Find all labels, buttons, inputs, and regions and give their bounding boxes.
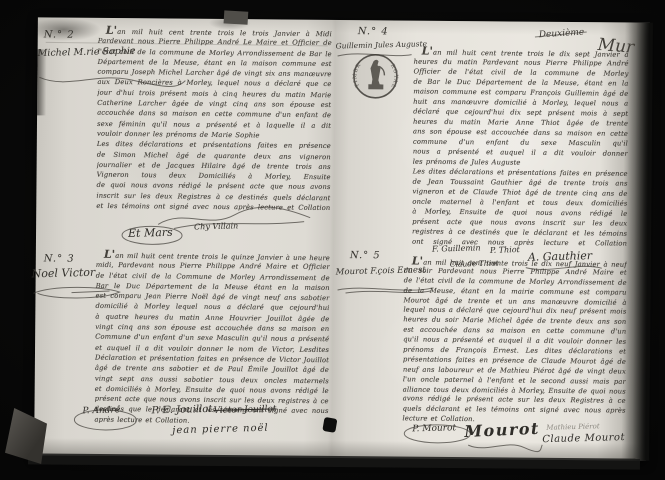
- record-4-body: L'an mil huit cent trente trois le dix s…: [412, 47, 629, 249]
- signature-f-guillemin: F. Guillemin: [432, 243, 481, 253]
- signature-oval-flourish: [402, 423, 472, 446]
- register-pages: N.° 2 Michel M.rie Sophie L'an mil huit …: [34, 17, 650, 460]
- record-number: N.° 4: [358, 26, 427, 38]
- signature-mathieu-pierot: Mathieu Piérot: [546, 422, 599, 431]
- record-margin-name: Noel Victor: [32, 266, 96, 281]
- record-3-margin: N.° 3 Noel Victor: [44, 253, 96, 279]
- page-left: N.° 2 Michel M.rie Sophie L'an mil huit …: [34, 17, 334, 458]
- timbre-royal-stamp: TIMBRE ROYAL: [351, 52, 399, 100]
- signature-underline-flourish: [466, 439, 544, 454]
- signature-p-thiot: P. Thiot: [490, 245, 520, 255]
- signature-oval-flourish: [120, 224, 184, 247]
- folio-word-deuxieme: Deuxième: [539, 28, 585, 41]
- signature-chy-villain: Chy Villain: [194, 221, 238, 231]
- page-right: N.° 4 Guillemin Jules Auguste TIMBRE ROY…: [330, 20, 650, 461]
- record-5-body: L'an mil huit cent trente trois le dix n…: [402, 257, 626, 427]
- signature-claude-mourot: Claude Mourot: [542, 432, 625, 445]
- signature-pe-jouillot: P. E. Jouillot: [151, 404, 212, 417]
- signature-victor-jouillot-struck: Victor Jouillot: [213, 404, 276, 416]
- photographed-register-spread: N.° 2 Michel M.rie Sophie L'an mil huit …: [0, 0, 665, 480]
- signature-jean-pierre-noel: jean pierre noël: [172, 423, 269, 437]
- signature-oval-flourish: [72, 408, 138, 433]
- record-number: N.° 3: [44, 253, 96, 264]
- record-3-body: L'an mil huit cent trente trois le quinz…: [94, 250, 330, 427]
- record-2-body: L'an mil huit cent trente trois le trois…: [96, 26, 332, 213]
- signature-mourot-large: Mourot: [464, 419, 540, 441]
